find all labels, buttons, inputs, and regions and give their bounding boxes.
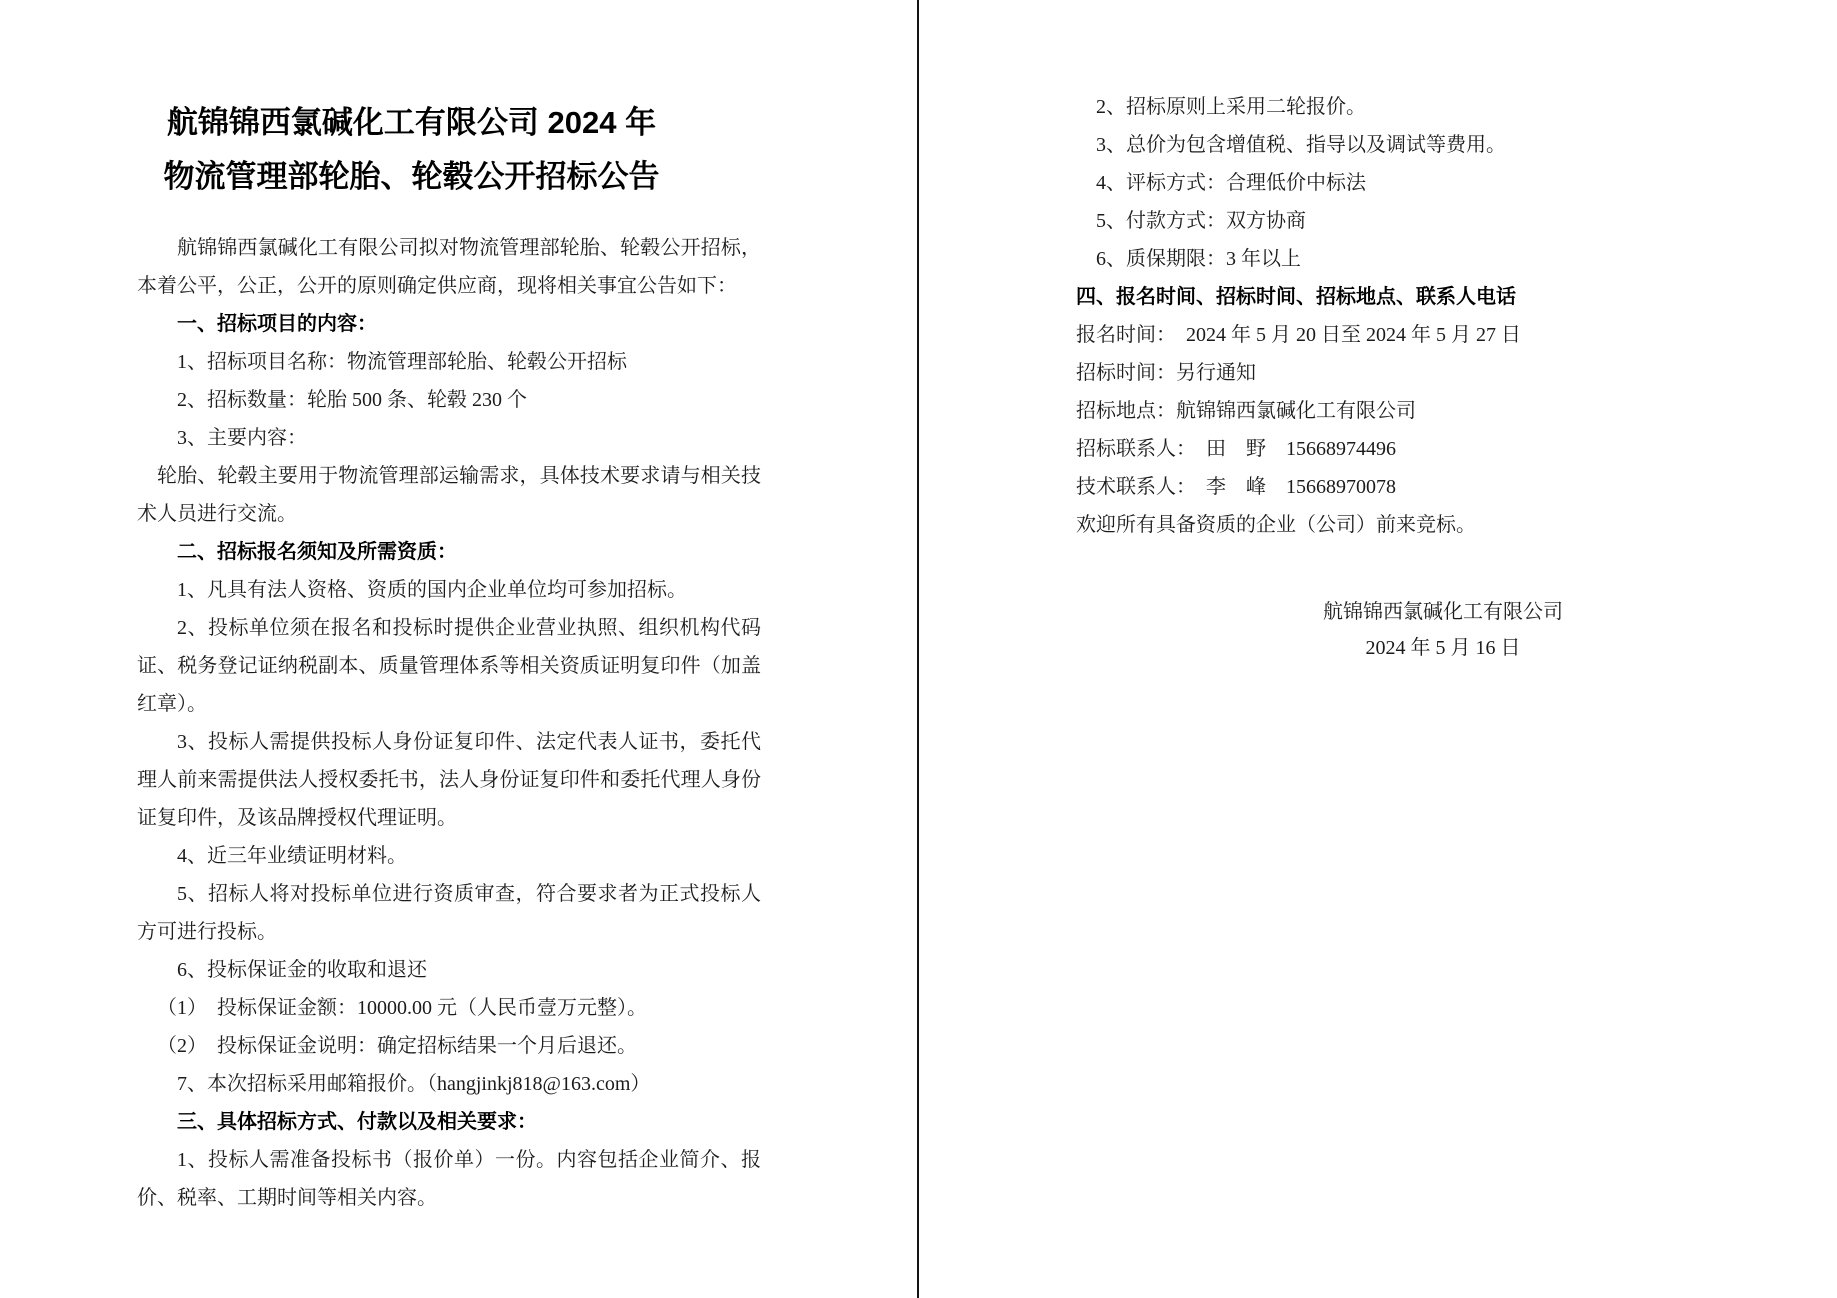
section2-item-1: 1、凡具有法人资格、资质的国内企业单位均可参加招标。 [137, 571, 761, 609]
title-line-2: 物流管理部轮胎、轮毂公开招标公告 [137, 150, 686, 204]
section3-item-4: 4、评标方式：合理低价中标法 [1076, 164, 1563, 202]
section1-item-2: 2、招标数量：轮胎 500 条、轮毂 230 个 [137, 381, 761, 419]
tender-announcement-document: 航锦锦西氯碱化工有限公司 2024 年 物流管理部轮胎、轮毂公开招标公告 航锦锦… [0, 0, 1837, 1298]
section2-item-6-sub-1: （1） 投标保证金额：10000.00 元（人民币壹万元整）。 [137, 989, 761, 1027]
section3-item-3: 3、总价为包含增值税、指导以及调试等费用。 [1076, 126, 1563, 164]
section2-item-7: 7、本次招标采用邮箱报价。（hangjinkj818@163.com） [137, 1065, 761, 1103]
signature-block: 航锦锦西氯碱化工有限公司 2024 年 5 月 16 日 [1076, 594, 1563, 666]
section3-item-5: 5、付款方式：双方协商 [1076, 202, 1563, 240]
section2-item-3: 3、投标人需提供投标人身份证复印件、法定代表人证书，委托代理人前来需提供法人授权… [137, 723, 761, 837]
section3-heading: 三、具体招标方式、付款以及相关要求： [137, 1103, 761, 1141]
section2-item-6-sub-2: （2） 投标保证金说明：确定招标结果一个月后退还。 [137, 1027, 761, 1065]
section2-heading: 二、招标报名须知及所需资质： [137, 533, 761, 571]
document-title: 航锦锦西氯碱化工有限公司 2024 年 物流管理部轮胎、轮毂公开招标公告 [137, 96, 686, 204]
section3-item-2: 2、招标原则上采用二轮报价。 [1076, 88, 1563, 126]
detail-bid-location: 招标地点：航锦锦西氯碱化工有限公司 [1076, 392, 1563, 430]
signature-inner: 航锦锦西氯碱化工有限公司 2024 年 5 月 16 日 [1323, 594, 1563, 666]
closing-line: 欢迎所有具备资质的企业（公司）前来竞标。 [1076, 506, 1563, 544]
section3-item-1: 1、投标人需准备投标书（报价单）一份。内容包括企业简介、报价、税率、工期时间等相… [137, 1141, 761, 1217]
section2-item-4: 4、近三年业绩证明材料。 [137, 837, 761, 875]
signature-company: 航锦锦西氯碱化工有限公司 [1323, 594, 1563, 630]
detail-bid-contact: 招标联系人： 田 野 15668974496 [1076, 430, 1563, 468]
section2-item-5: 5、招标人将对投标单位进行资质审查，符合要求者为正式投标人方可进行投标。 [137, 875, 761, 951]
section3-item-6: 6、质保期限：3 年以上 [1076, 240, 1563, 278]
page-1: 航锦锦西氯碱化工有限公司 2024 年 物流管理部轮胎、轮毂公开招标公告 航锦锦… [0, 0, 918, 1298]
detail-bid-time: 招标时间：另行通知 [1076, 354, 1563, 392]
section4-heading: 四、报名时间、招标时间、招标地点、联系人电话 [1076, 278, 1563, 316]
detail-signup-time: 报名时间： 2024 年 5 月 20 日至 2024 年 5 月 27 日 [1076, 316, 1563, 354]
section1-item-1: 1、招标项目名称：物流管理部轮胎、轮毂公开招标 [137, 343, 761, 381]
section1-note: 轮胎、轮毂主要用于物流管理部运输需求，具体技术要求请与相关技术人员进行交流。 [137, 457, 761, 533]
signature-date: 2024 年 5 月 16 日 [1323, 630, 1563, 666]
page-2: 2、招标原则上采用二轮报价。 3、总价为包含增值税、指导以及调试等费用。 4、评… [919, 0, 1837, 1298]
section1-heading: 一、招标项目的内容： [137, 305, 761, 343]
title-line-1: 航锦锦西氯碱化工有限公司 2024 年 [137, 96, 686, 150]
intro-paragraph: 航锦锦西氯碱化工有限公司拟对物流管理部轮胎、轮毂公开招标，本着公平，公正，公开的… [137, 229, 761, 305]
detail-tech-contact: 技术联系人： 李 峰 15668970078 [1076, 468, 1563, 506]
section2-item-6: 6、投标保证金的收取和退还 [137, 951, 761, 989]
section2-item-2: 2、投标单位须在报名和投标时提供企业营业执照、组织机构代码证、税务登记证纳税副本… [137, 609, 761, 723]
section1-item-3: 3、主要内容： [137, 419, 761, 457]
